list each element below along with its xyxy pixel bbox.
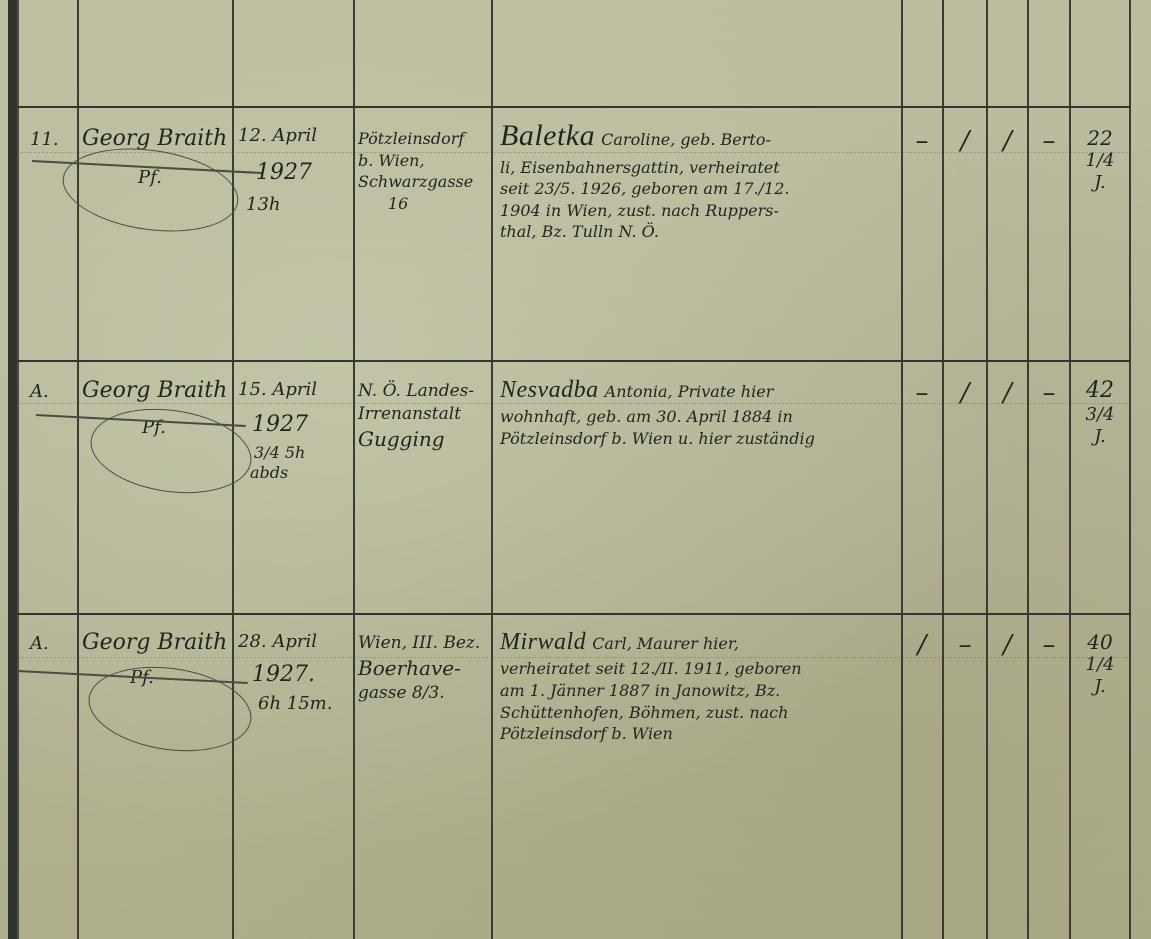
mark-cell: – — [1029, 628, 1069, 663]
age-unit: J. — [1071, 426, 1129, 448]
place: Pötzleinsdorf b. Wien, Schwarzgasse 16 — [358, 128, 488, 214]
entry-number: A. — [30, 632, 49, 656]
column-rule — [77, 0, 79, 939]
remark-line: am 1. Jänner 1887 in Janowitz, Bz. — [500, 680, 898, 702]
place-line: gasse 8/3. — [358, 682, 490, 705]
place-line: Boerhave- — [358, 655, 490, 682]
row-rule — [14, 360, 1131, 362]
row-rule — [14, 613, 1131, 615]
mark-cell: – — [1029, 376, 1069, 411]
date: 15. April — [238, 378, 317, 402]
remark-line: Carl, Maurer hier, — [592, 634, 739, 653]
register-page: 11. Georg Braith Pf. 12. April 1927 13h … — [0, 0, 1151, 939]
age: 40 1/4 J. — [1071, 630, 1129, 697]
place-line: Gugging — [358, 426, 490, 453]
column-rule — [1129, 0, 1131, 939]
left-margin-rule-inner — [17, 0, 19, 939]
place-line: b. Wien, — [358, 150, 488, 172]
time: 6h 15m. — [258, 692, 332, 716]
year: 1927. — [252, 660, 315, 690]
place-line: N. Ö. Landes- — [358, 380, 490, 403]
age: 22 1/4 J. — [1071, 126, 1129, 193]
year: 1927 — [252, 410, 308, 440]
entry-number: 11. — [30, 128, 59, 152]
mark-cell: – — [1029, 124, 1069, 159]
place-line: Pötzleinsdorf — [358, 128, 488, 150]
date: 28. April — [238, 630, 317, 654]
mark-cell: – — [903, 376, 941, 411]
remark-line: wohnhaft, geb. am 30. April 1884 in — [500, 406, 898, 428]
mark-cell: / — [988, 376, 1027, 411]
remark-line: Antonia, Private hier — [605, 382, 774, 401]
mark-cell: / — [988, 628, 1027, 663]
remark-line: Schüttenhofen, Böhmen, zust. nach — [500, 702, 898, 724]
signature-flourish — [83, 657, 257, 761]
deceased-entry: BaletkaCaroline, geb. Berto- li, Eisenba… — [500, 116, 898, 243]
remark-line: li, Eisenbahnersgattin, verheiratet — [500, 157, 898, 179]
deceased-surname: Mirwald — [500, 629, 586, 655]
remark-line: seit 23/5. 1926, geboren am 17./12. — [500, 178, 898, 200]
mark-cell: – — [903, 124, 941, 159]
reporter-initial: Pf. — [138, 166, 162, 190]
remark-line: verheiratet seit 12./II. 1911, geboren — [500, 658, 898, 680]
reporter-signature: Georg Braith — [82, 628, 227, 658]
reporter-signature: Georg Braith — [82, 376, 227, 406]
age-years: 22 — [1071, 126, 1129, 150]
deceased-surname: Baletka — [500, 119, 595, 152]
mark-cell: / — [944, 124, 986, 159]
place: N. Ö. Landes- Irrenanstalt Gugging — [358, 380, 490, 453]
place: Wien, III. Bez. Boerhave- gasse 8/3. — [358, 632, 490, 705]
time-extra: abds — [250, 462, 288, 484]
deceased-surname: Nesvadba — [500, 377, 599, 403]
age-fraction: 1/4 — [1071, 654, 1129, 676]
mark-cell: / — [988, 124, 1027, 159]
age-fraction: 1/4 — [1071, 150, 1129, 172]
time: 3/4 5h — [254, 442, 305, 464]
remark-line: Pötzleinsdorf b. Wien u. hier zuständig — [500, 428, 898, 450]
age-fraction: 3/4 — [1071, 404, 1129, 426]
date: 12. April — [238, 124, 317, 148]
remark-line: thal, Bz. Tulln N. Ö. — [500, 221, 898, 243]
entry-number: A. — [30, 380, 49, 404]
place-line: Irrenanstalt — [358, 403, 490, 426]
row-rule — [14, 106, 1131, 108]
left-margin-rule — [8, 0, 17, 939]
place-line: Wien, III. Bez. — [358, 632, 490, 655]
age: 42 3/4 J. — [1071, 378, 1129, 448]
column-rule — [491, 0, 493, 939]
age-unit: J. — [1071, 676, 1129, 698]
deceased-entry: NesvadbaAntonia, Private hier wohnhaft, … — [500, 374, 898, 450]
mark-cell: / — [903, 628, 941, 663]
year: 1927 — [256, 158, 312, 188]
reporter-signature: Georg Braith — [82, 124, 227, 154]
column-rule — [353, 0, 355, 939]
age-years: 40 — [1071, 630, 1129, 654]
mark-cell: / — [944, 376, 986, 411]
deceased-entry: MirwaldCarl, Maurer hier, verheiratet se… — [500, 626, 898, 745]
signature-stroke — [36, 414, 246, 426]
age-years: 42 — [1071, 378, 1129, 404]
place-line: Schwarzgasse — [358, 171, 488, 193]
time: 13h — [246, 193, 281, 217]
remark-line: 1904 in Wien, zust. nach Ruppers- — [500, 200, 898, 222]
place-line: 16 — [358, 193, 488, 215]
remark-line: Caroline, geb. Berto- — [601, 130, 771, 149]
age-unit: J. — [1071, 172, 1129, 194]
mark-cell: – — [944, 628, 986, 663]
remark-line: Pötzleinsdorf b. Wien — [500, 723, 898, 745]
column-rule — [232, 0, 234, 939]
